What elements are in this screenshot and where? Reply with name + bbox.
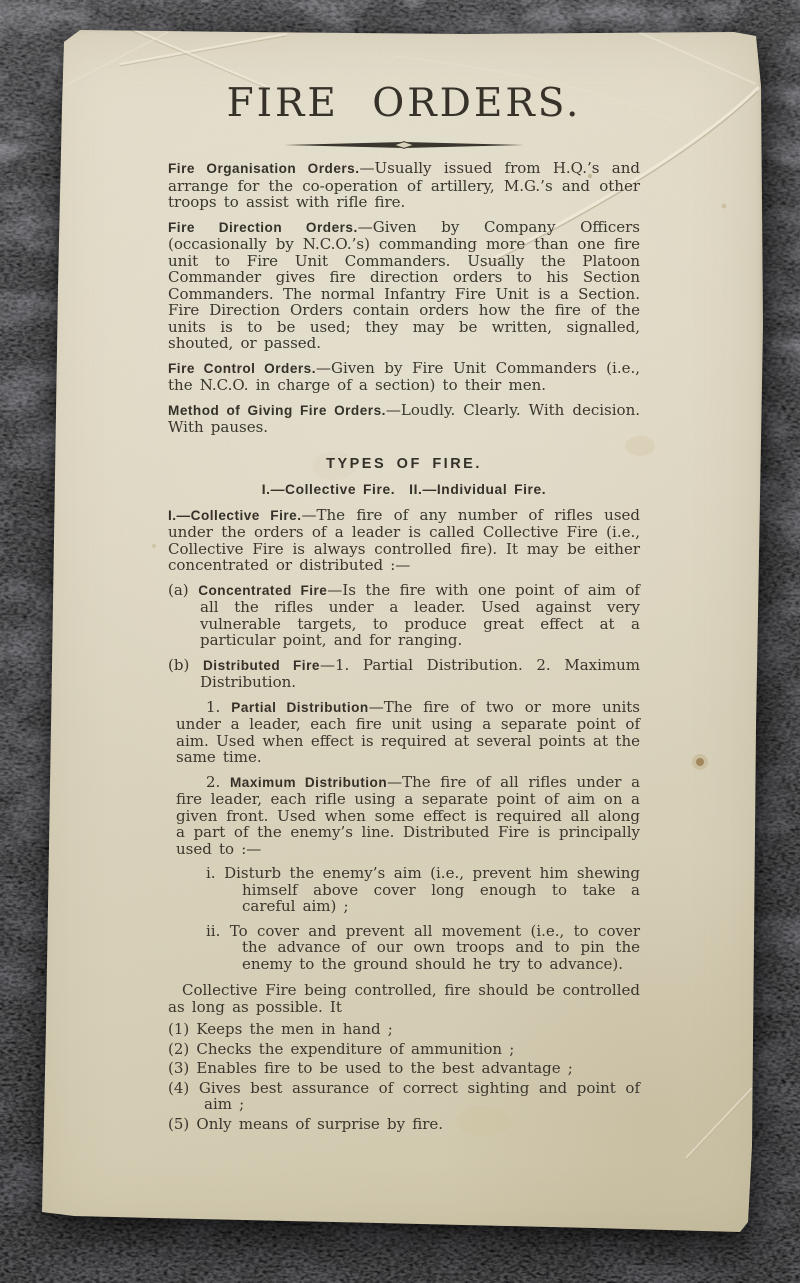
lead-collective-fire: I.—Collective Fire. [168, 508, 301, 523]
paragraph-method-of-giving: Method of Giving Fire Orders.—Loudly. Cl… [168, 402, 640, 436]
list-item-paren-2: (2) Checks the expenditure of ammunition… [168, 1041, 640, 1058]
photo-of-document: { "colors": { "paper": "#ded7c2", "ink":… [0, 0, 800, 1283]
item-2-label: 2. [206, 773, 220, 791]
item-b-lead: Distributed Fire [203, 658, 320, 673]
item-ii-label: ii. [206, 922, 220, 940]
document-content: FIRE ORDERS. Fire Organisation Orders.—U… [168, 66, 640, 1135]
item-1-lead: Partial Distribution [231, 700, 368, 715]
item-b-label: (b) [168, 656, 189, 674]
list-item-paren-1: (1) Keeps the men in hand ; [168, 1021, 640, 1038]
closing-paragraph: Collective Fire being controlled, fire s… [168, 982, 640, 1015]
paren-2-text: Checks the expenditure of ammunition ; [196, 1040, 514, 1058]
paper-shadow-wrap: FIRE ORDERS. Fire Organisation Orders.—U… [0, 0, 800, 1283]
list-item-1-partial-distribution: 1. Partial Distribution—The fire of two … [176, 699, 640, 766]
item-a-label: (a) [168, 581, 189, 599]
list-item-a-concentrated-fire: (a) Concentrated Fire—Is the fire with o… [168, 582, 640, 649]
page-title: FIRE ORDERS. [168, 82, 640, 126]
paren-1-text: Keeps the men in hand ; [196, 1020, 392, 1038]
subheading-collective: I.—Collective Fire. [262, 482, 395, 497]
item-2-lead: Maximum Distribution [230, 775, 387, 790]
paren-4-label: (4) [168, 1079, 189, 1097]
paren-3-text: Enables fire to be used to the best adva… [196, 1059, 572, 1077]
paren-2-label: (2) [168, 1040, 189, 1058]
types-of-fire-heading: TYPES OF FIRE. [168, 456, 640, 473]
lead-method-of-giving: Method of Giving Fire Orders. [168, 403, 386, 418]
item-a-lead: Concentrated Fire [198, 583, 327, 598]
list-item-i-disturb-aim: i. Disturb the enemy’s aim (i.e., preven… [168, 865, 640, 915]
types-of-fire-subheading: I.—Collective Fire.II.—Individual Fire. [168, 482, 640, 499]
item-i-label: i. [206, 864, 216, 882]
list-item-paren-4: (4) Gives best assurance of correct sigh… [168, 1080, 640, 1113]
document-page: FIRE ORDERS. Fire Organisation Orders.—U… [34, 26, 764, 1240]
paren-3-label: (3) [168, 1059, 189, 1077]
list-item-2-maximum-distribution: 2. Maximum Distribution—The fire of all … [176, 774, 640, 858]
list-item-ii-cover-movement: ii. To cover and prevent all movement (i… [168, 923, 640, 973]
paragraph-fire-organisation: Fire Organisation Orders.—Usually issued… [168, 160, 640, 211]
lead-fire-control: Fire Control Orders. [168, 361, 316, 376]
item-1-label: 1. [206, 698, 220, 716]
subheading-individual: II.—Individual Fire. [409, 482, 546, 497]
lead-fire-organisation: Fire Organisation Orders. [168, 161, 360, 176]
paren-5-label: (5) [168, 1115, 189, 1133]
list-item-b-distributed-fire: (b) Distributed Fire—1. Partial Distribu… [168, 657, 640, 691]
list-item-paren-5: (5) Only means of surprise by fire. [168, 1116, 640, 1133]
swelled-rule-divider [279, 138, 529, 152]
paren-1-label: (1) [168, 1020, 189, 1038]
paragraph-fire-direction: Fire Direction Orders.—Given by Company … [168, 219, 640, 352]
paragraph-collective-fire: I.—Collective Fire.—The fire of any numb… [168, 507, 640, 574]
item-ii-text: To cover and prevent all movement (i.e.,… [230, 922, 640, 973]
paragraph-fire-control: Fire Control Orders.—Given by Fire Unit … [168, 360, 640, 394]
lead-fire-direction: Fire Direction Orders. [168, 220, 358, 235]
item-i-text: Disturb the enemy’s aim (i.e., prevent h… [224, 864, 640, 915]
text-fire-direction: —Given by Company Officers (occasionally… [168, 218, 640, 353]
list-item-paren-3: (3) Enables fire to be used to the best … [168, 1060, 640, 1077]
paren-4-text: Gives best assurance of correct sighting… [199, 1079, 640, 1114]
paren-5-text: Only means of surprise by fire. [196, 1115, 443, 1133]
